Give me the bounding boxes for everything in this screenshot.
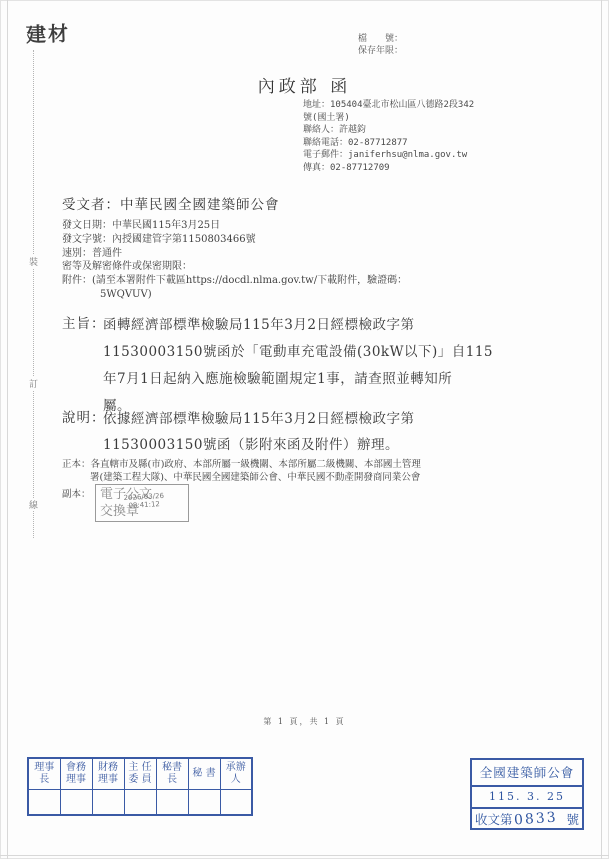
recipient-line: 受文者：中華民國全國建築師公會 [62,193,280,213]
secrecy-line: 密等及解密條件或保密期限： [62,260,407,274]
receipt-number-row: 收文第 0833 號 [472,807,582,828]
sign-cell [60,789,92,815]
original-recipients-1: 各直轄市及縣(市)政府、本部所屬一級機關、本部所屬二級機關、本部國土管理 [91,459,421,470]
original-copy-block: 正本：各直轄市及縣(市)政府、本部所屬一級機關、本部所屬二級機關、本部國土管理 … [62,458,421,484]
signature-blank-row [28,789,252,815]
attachment-code: 5WQVUV) [62,288,407,302]
receipt-stamp: 全國建築師公會 115. 3. 25 收文第 0833 號 [470,758,584,830]
subject-label: 主旨： [62,312,106,332]
sign-cell [220,789,252,815]
attachment-line1: 附件：(請至本署附件下載區https://docdl.nlma.gov.tw/下… [62,274,407,288]
original-copy-line1: 正本：各直轄市及縣(市)政府、本部所屬一級機關、本部所屬二級機關、本部國土管理 [62,458,421,471]
fold-mark-xian: 線 [27,498,40,511]
corner-category-mark: 建材 [26,17,71,48]
signature-header-row: 理事長 會務 理事 財務 理事 主 任 委 員 秘書長 秘 書 承辦人 [28,758,252,789]
archive-info: 檔 號： 保存年限： [358,33,403,57]
sender-email: 電子郵件：janiferhsu@nlma.gov.tw [303,149,474,162]
sender-phone: 聯絡電話：02-87712877 [303,137,474,150]
col-chief-commissioner: 主 任 委 員 [124,758,156,789]
sender-address-line2: 號(國土署) [303,112,474,125]
subject-line: 年7月1日起納入應施檢驗範圍規定1事，請查照並轉知所 [103,366,493,393]
document-title: 內政部 函 [0,72,609,97]
sign-cell [92,789,124,815]
sender-contact-person: 聯絡人：許越鈞 [303,124,474,137]
archive-file-no: 檔 號： [358,33,403,45]
scanned-official-letter: 建材 裝 訂 線 檔 號： 保存年限： 內政部 函 地址：105404臺北市松山… [0,0,609,859]
col-handler: 承辦人 [220,758,252,789]
signature-routing-table: 理事長 會務 理事 財務 理事 主 任 委 員 秘書長 秘 書 承辦人 [27,757,253,816]
binding-fold-line [33,50,34,538]
original-label: 正本： [62,459,91,470]
archive-retention: 保存年限： [358,45,403,57]
col-secretary: 秘 書 [188,758,220,789]
sign-cell [28,789,60,815]
subject-body: 函轉經濟部標準檢驗局115年3月2日經標檢政字第 11530003150號函於「… [103,312,493,420]
issue-date: 發文日期：中華民國115年3月25日 [62,219,407,233]
sign-cell [156,789,188,815]
col-chairman: 理事長 [28,758,60,789]
sender-address-line1: 地址：105404臺北市松山區八德路2段342 [303,99,474,112]
cc-label: 副本： [62,486,91,500]
scan-edge-bottom [0,855,609,856]
fold-mark-zhuang: 裝 [27,255,40,268]
receipt-number: 0833 [513,809,558,828]
speed-class: 速別：普通件 [62,247,407,261]
electronic-exchange-stamp: 電子公文 交換章 2026/03/26 08:41:12 [95,484,189,522]
receipt-prefix: 收文第 [475,810,513,828]
col-affairs-director: 會務 理事 [60,758,92,789]
scan-edge-left [7,0,8,859]
issue-number: 發文字號：內授國建管字第1150803466號 [62,233,407,247]
original-recipients-2: 署(建築工程大隊)、中華民國全國建築師公會、中華民國不動產開發商同業公會 [62,471,421,484]
scan-edge-right [601,0,602,859]
explanation-line: 11530003150號函（影附來函及附件）辦理。 [103,432,493,458]
sign-cell [188,789,220,815]
sign-cell [124,789,156,815]
exchange-time: 08:41:12 [128,500,160,510]
col-finance-director: 財務 理事 [92,758,124,789]
receipt-date: 115. 3. 25 [472,787,582,807]
sender-contact-block: 地址：105404臺北市松山區八德路2段342 號(國土署) 聯絡人：許越鈞 聯… [303,99,474,174]
subject-line: 11530003150號函於「電動車充電設備(30kW以下)」自115 [103,339,493,366]
page-number-footer: 第 1 頁，共 1 頁 [0,716,609,727]
receipt-org: 全國建築師公會 [472,760,582,787]
fold-mark-ding: 訂 [27,377,40,390]
explanation-body: 依據經濟部標準檢驗局115年3月2日經標檢政字第 11530003150號函（影… [103,406,493,458]
subject-line: 函轉經濟部標準檢驗局115年3月2日經標檢政字第 [103,312,493,339]
receipt-suffix: 號 [566,810,579,828]
sender-fax: 傳真：02-87712709 [303,162,474,175]
document-meta-block: 發文日期：中華民國115年3月25日 發文字號：內授國建管字第115080346… [62,219,407,302]
col-secretary-general: 秘書長 [156,758,188,789]
explanation-label: 說明： [62,406,106,426]
explanation-line: 依據經濟部標準檢驗局115年3月2日經標檢政字第 [103,406,493,432]
